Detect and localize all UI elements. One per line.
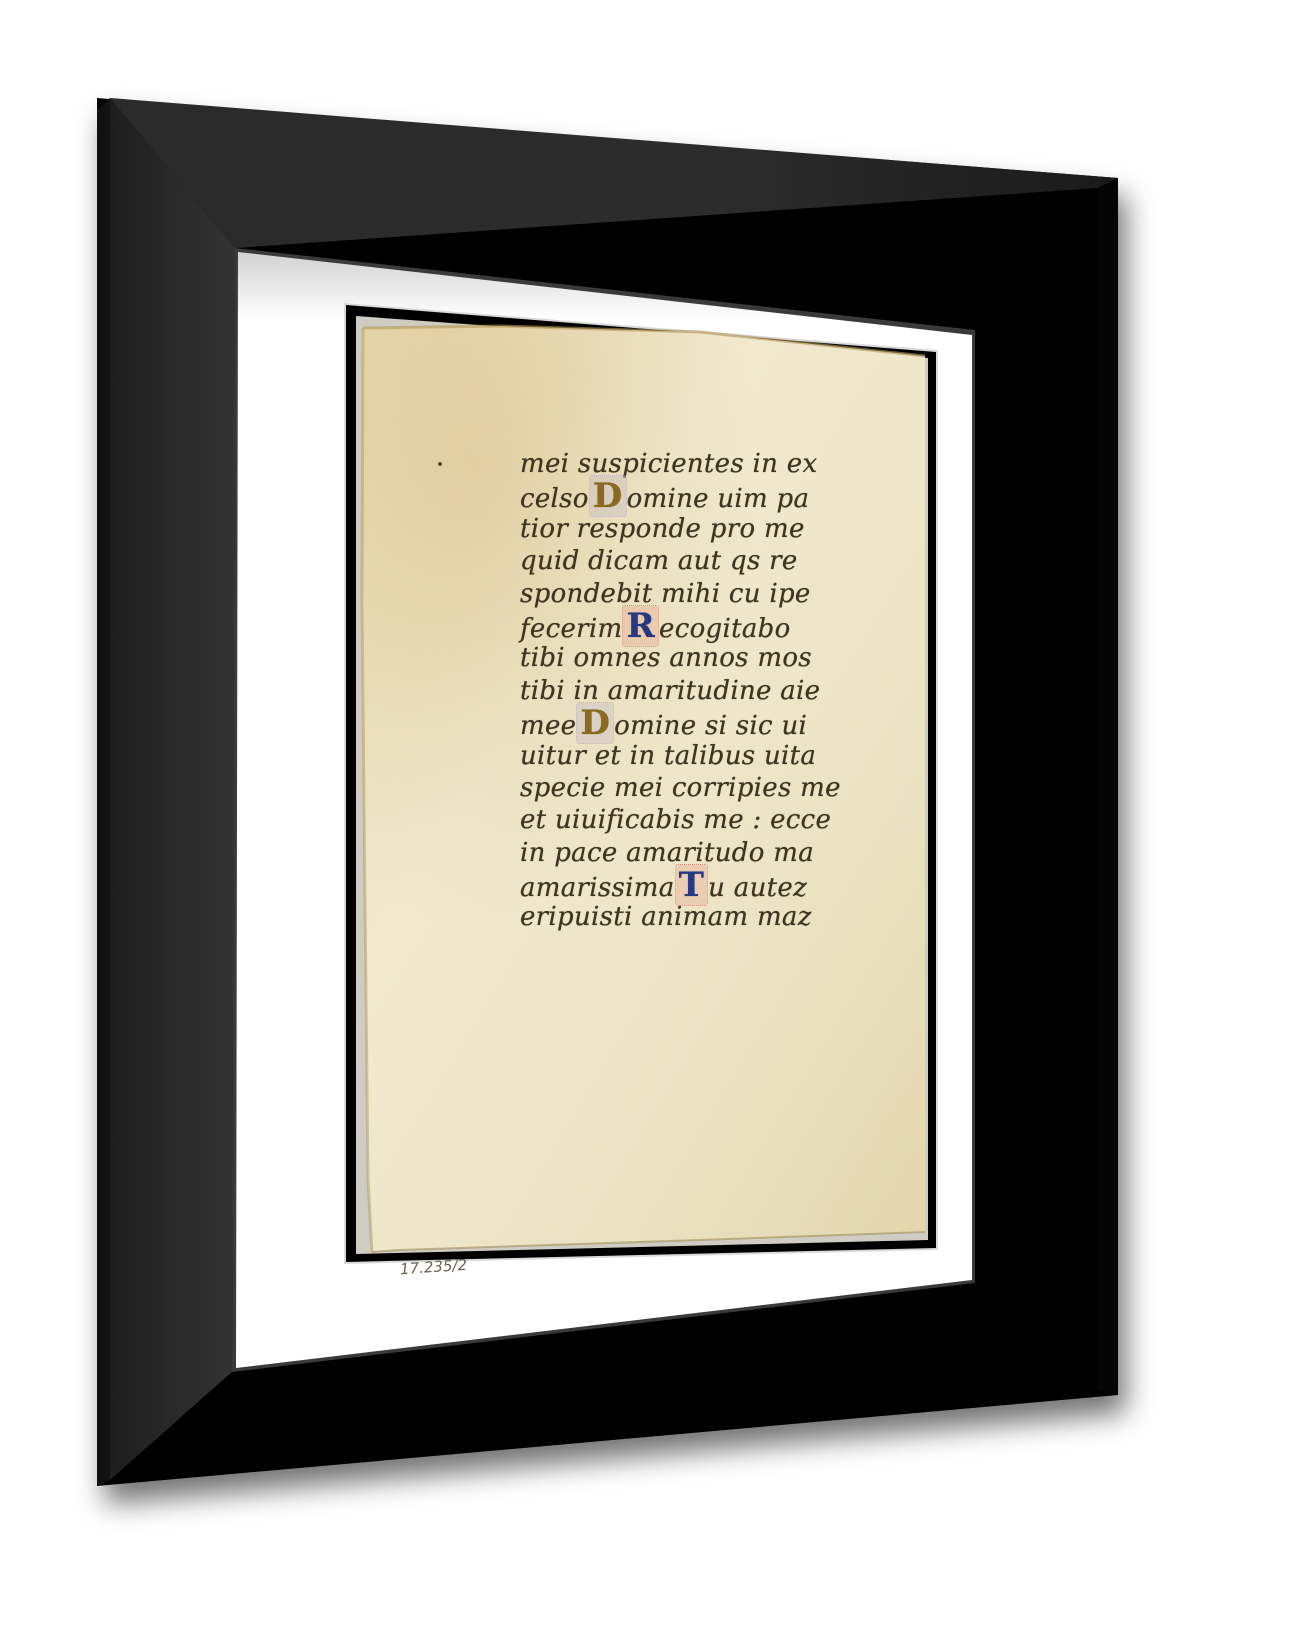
- manuscript-line: mei suspicientes in ex: [520, 448, 940, 480]
- manuscript-line: meeDomine si sic ui: [520, 707, 940, 739]
- manuscript-line: fecerimRecogitabo: [520, 610, 940, 642]
- illuminated-initial-t: T: [676, 865, 708, 905]
- illuminated-initial-r: R: [623, 606, 658, 646]
- illuminated-initial-d: D: [577, 703, 613, 743]
- manuscript-line: uitur et in talibus uita: [520, 740, 940, 772]
- manuscript-line: tior responde pro me: [520, 513, 940, 545]
- manuscript-line: amarissimaTu autez: [520, 869, 940, 901]
- manuscript-line: eripuisti animam maz: [520, 901, 940, 933]
- illuminated-initial-d: D: [590, 476, 626, 516]
- ink-dot: [438, 462, 442, 466]
- manuscript-line: celsoDomine uim pa: [520, 480, 940, 512]
- manuscript-line: et uiuificabis me : ecce: [520, 804, 940, 836]
- manuscript-text: mei suspicientes in ex celsoDomine uim p…: [520, 448, 940, 934]
- manuscript-line: tibi omnes annos mos: [520, 642, 940, 674]
- manuscript-line: in pace amaritudo ma: [520, 837, 940, 869]
- manuscript-line: spondebit mihi cu ipe: [520, 578, 940, 610]
- manuscript-line: specie mei corripies me: [520, 772, 940, 804]
- manuscript-line: quid dicam aut qs re: [520, 545, 940, 577]
